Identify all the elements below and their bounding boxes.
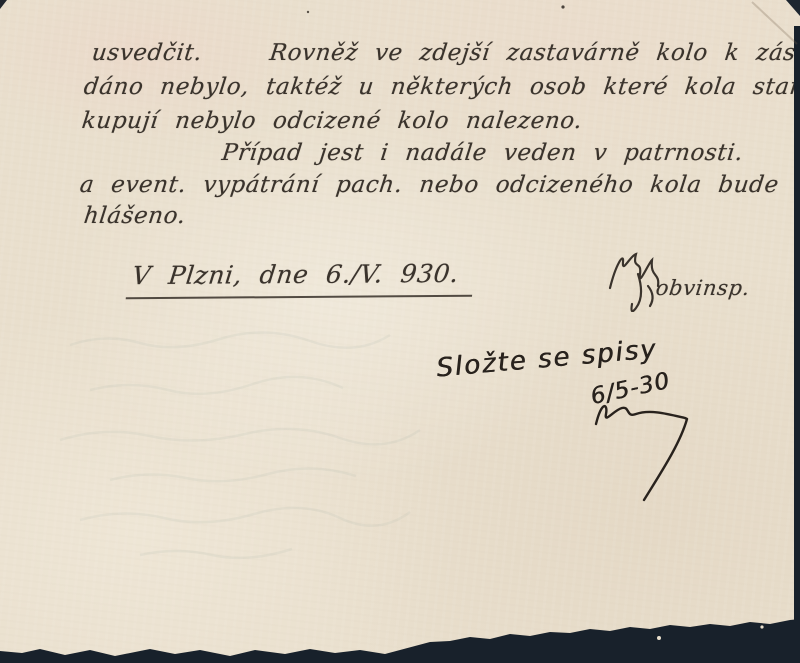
handwritten-line-2: dáno nebylo, taktéž u některých osob kte…: [82, 74, 800, 100]
date-line: V Plzni, dne 6./V. 930.: [126, 259, 477, 299]
ink-speck: [561, 5, 564, 8]
right-scan-edge: [794, 26, 800, 626]
handwritten-line-5: a event. vypátrání pach. nebo odcizeného…: [78, 172, 780, 198]
handwritten-line-3: kupují nebylo odcizené kolo nalezeno.: [80, 108, 584, 134]
handwritten-line-6: hlášeno.: [82, 203, 187, 229]
paper-fleck-on-edge: [760, 625, 763, 628]
top-right-corner-mark: [786, 0, 800, 16]
scanned-handwritten-document-page: usvedčit. Rovněž ve zdejší zastavárně ko…: [0, 0, 800, 663]
corner-crease-line: [752, 2, 797, 44]
pen-annotation-paraph: [580, 392, 705, 510]
ink-speck: [307, 11, 309, 13]
paper-fleck-on-edge: [657, 636, 661, 640]
handwritten-line-4: Případ jest i nadále veden v patrnosti.: [220, 140, 744, 166]
pen-annotation-line-2: 6/5-30: [588, 368, 672, 410]
top-left-corner-mark: [0, 0, 7, 9]
signature-rank-abbreviation: obvinsp.: [655, 276, 752, 300]
handwritten-line-1: usvedčit. Rovněž ve zdejší zastavárně ko…: [90, 40, 800, 66]
torn-bottom-edge: [0, 619, 800, 663]
